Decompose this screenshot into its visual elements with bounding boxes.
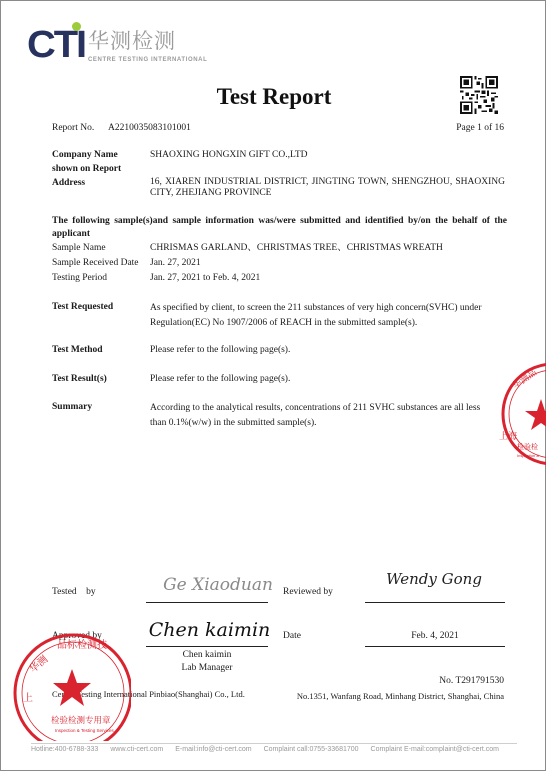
footer-divider: [31, 743, 517, 744]
date-label: Date: [283, 630, 301, 643]
testing-period-value: Jan. 27, 2021 to Feb. 4, 2021: [150, 272, 260, 285]
svg-text:上: 上: [23, 691, 33, 704]
report-page: CTI 华测检测 CENTRE TESTING INTERNATIONAL Te…: [0, 0, 546, 771]
footer-website[interactable]: www.cti-cert.com: [110, 746, 163, 753]
approved-by-signature: Chen kaimin: [147, 619, 272, 641]
report-no-label: Report No.: [52, 122, 94, 135]
logo-english-name: CENTRE TESTING INTERNATIONAL: [88, 57, 207, 63]
page-number: Page 1 of 16: [456, 122, 504, 135]
tested-by-signature: Ge Xiaoduan: [159, 575, 277, 595]
approved-by-line: [146, 646, 268, 647]
seal-subtext: Inspection & Testing Services: [55, 728, 114, 733]
sample-intro: The following sample(s)and sample inform…: [52, 215, 507, 241]
test-requested-label: Test Requested: [52, 301, 113, 314]
address-value: 16, XIAREN INDUSTRIAL DISTRICT, JINGTING…: [150, 177, 505, 199]
company-stamp-right: 华测品 上海 检验检 Inspection &: [491, 359, 546, 469]
test-result-value: Please refer to the following page(s).: [150, 373, 290, 386]
svg-text:检验检: 检验检: [517, 442, 538, 451]
footer-hotline: Hotline:400-6788-333: [31, 746, 98, 753]
approver-title: Lab Manager: [146, 662, 268, 675]
seal-text: 检验检测专用章: [51, 715, 111, 726]
svg-text:Inspection &: Inspection &: [517, 453, 539, 458]
reviewed-by-label: Reviewed by: [283, 586, 333, 599]
test-method-value: Please refer to the following page(s).: [150, 344, 290, 357]
sample-received-value: Jan. 27, 2021: [150, 257, 201, 270]
date-line: [365, 646, 505, 647]
tested-by-label: Tested by: [52, 586, 96, 599]
issuer-address: No.1351, Wanfang Road, Minhang District,…: [297, 690, 504, 703]
svg-text:上海: 上海: [499, 430, 517, 442]
sample-name-value: CHRISMAS GARLAND、CHRISTMAS TREE、CHRISTMA…: [150, 242, 443, 255]
test-result-label: Test Result(s): [52, 373, 107, 386]
svg-text:华测品: 华测品: [510, 366, 539, 391]
approved-by-label: Approved by: [52, 630, 102, 643]
certificate-number: No. T291791530: [439, 675, 504, 688]
reviewed-by-signature: Wendy Gong: [369, 570, 499, 588]
footer-complaint-email[interactable]: Complaint E-mail:complaint@cti-cert.com: [371, 746, 499, 753]
cti-logo: CTI: [27, 26, 85, 64]
issuer-company: Centre Testing International Pinbiao(Sha…: [52, 688, 245, 701]
sample-name-label: Sample Name: [52, 242, 106, 255]
company-stamp-approved: 华测 品标检测技 上 检验检测专用章 Inspection & Testing …: [11, 631, 131, 741]
company-name-label-line2: shown on Report: [52, 163, 121, 176]
test-method-label: Test Method: [52, 344, 103, 357]
company-name-value: SHAOXING HONGXIN GIFT CO.,LTD: [150, 149, 308, 162]
summary-label: Summary: [52, 401, 92, 414]
date-value: Feb. 4, 2021: [365, 630, 505, 643]
testing-period-label: Testing Period: [52, 272, 107, 285]
footer: Hotline:400-6788-333 www.cti-cert.com E-…: [31, 746, 521, 753]
report-title: Test Report: [1, 84, 546, 110]
summary-value: According to the analytical results, con…: [150, 401, 490, 431]
reviewed-by-line: [365, 602, 505, 603]
test-requested-value: As specified by client, to screen the 21…: [150, 301, 495, 331]
svg-text:华测: 华测: [27, 652, 51, 675]
logo-dot-icon: [72, 22, 81, 31]
company-name-label-line1: Company Name: [52, 149, 118, 162]
logo-chinese-name: 华测检测: [88, 31, 176, 52]
footer-email[interactable]: E-mail:info@cti-cert.com: [175, 746, 251, 753]
address-label: Address: [52, 177, 85, 190]
approver-name: Chen kaimin: [146, 649, 268, 662]
sample-received-label: Sample Received Date: [52, 257, 139, 270]
footer-complaint-call: Complaint call:0755-33681700: [264, 746, 359, 753]
report-no-value: A2210035083101001: [108, 122, 191, 135]
tested-by-line: [146, 602, 268, 603]
